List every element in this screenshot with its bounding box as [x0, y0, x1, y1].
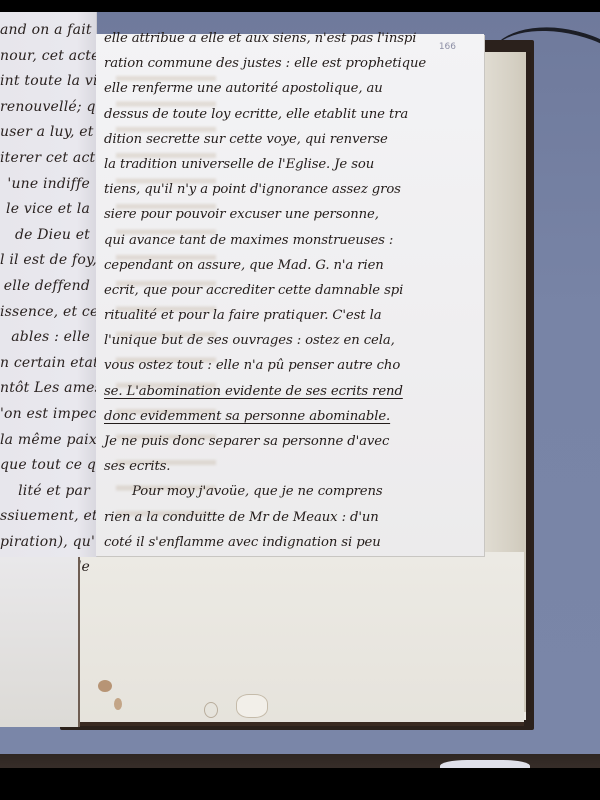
manuscript-line: Je ne puis donc separer sa personne d'av…	[104, 429, 484, 454]
manuscript-line: l'unique but de ses ouvrages : ostez en …	[104, 328, 484, 353]
manuscript-line: que tout ce qu'	[0, 453, 96, 479]
left-lower-page	[0, 557, 80, 727]
manuscript-line: ritualité et pour la faire pratiquer. C'…	[104, 303, 484, 328]
manuscript-line: tiens, qu'il n'y a point d'ignorance ass…	[104, 177, 484, 202]
manuscript-line: ses ecrits.	[104, 454, 484, 479]
manuscript-line: elle attribue a elle et aux siens, n'est…	[104, 26, 484, 51]
manuscript-line: rien a la conduitte de Mr de Meaux : d'u…	[104, 505, 484, 530]
paper-loss-mark	[236, 694, 268, 718]
left-page: and on a faitnour, cet acteint toute la …	[0, 12, 97, 557]
manuscript-line: 'on est impecca	[0, 402, 96, 428]
manuscript-line: nour, cet acte	[0, 44, 96, 70]
manuscript-line: de Dieu et	[0, 223, 96, 249]
manuscript-line: n certain etat	[0, 351, 96, 377]
right-page-text: elle attribue a elle et aux siens, n'est…	[104, 26, 484, 555]
manuscript-line: la même paix	[0, 428, 96, 454]
cloth	[440, 760, 530, 768]
photo-scene: and on a faitnour, cet acteint toute la …	[0, 12, 600, 768]
manuscript-line: dition secrette sur cette voye, qui renv…	[104, 127, 484, 152]
manuscript-line: siere pour pouvoir excuser une personne,	[104, 202, 484, 227]
manuscript-line: ecrit, que pour accrediter cette damnabl…	[104, 278, 484, 303]
manuscript-line: user a luy, et	[0, 120, 96, 146]
manuscript-line: ntôt Les ames,	[0, 376, 96, 402]
lower-page	[74, 552, 524, 726]
stain-mark	[98, 680, 112, 692]
manuscript-line: cependant on assure, que Mad. G. n'a rie…	[104, 253, 484, 278]
manuscript-line: donc evidemment sa personne abominable.	[104, 404, 484, 429]
manuscript-line: piration), qu'	[0, 530, 96, 556]
stain-mark	[114, 698, 122, 710]
manuscript-line: int toute la vie,	[0, 69, 96, 95]
paper-loss-mark	[204, 702, 218, 718]
manuscript-line: la tradition universelle de l'Eglise. Je…	[104, 152, 484, 177]
manuscript-line: elle renferme une autorité apostolique, …	[104, 76, 484, 101]
manuscript-line: iterer cet acte	[0, 146, 96, 172]
manuscript-line: dessus de toute loy ecritte, elle etabli…	[104, 102, 484, 127]
manuscript-line: renouvellé; qu'	[0, 95, 96, 121]
manuscript-line: 'une indiffe	[0, 172, 96, 198]
manuscript-line: elle deffend	[0, 274, 96, 300]
manuscript-line: ssiuement, et	[0, 504, 96, 530]
manuscript-line: and on a fait	[0, 18, 96, 44]
manuscript-line: vous ostez tout : elle n'a pû penser aut…	[104, 353, 484, 378]
manuscript-line: coté il s'enflamme avec indignation si p…	[104, 530, 484, 555]
left-page-text: and on a faitnour, cet acteint toute la …	[0, 18, 96, 581]
manuscript-line: issence, et celle	[0, 300, 96, 326]
manuscript-line: ables : elle	[0, 325, 96, 351]
manuscript-line: le vice et la	[0, 197, 96, 223]
manuscript-line: qui avance tant de maximes monstrueuses …	[104, 228, 484, 253]
manuscript-line: Pour moy j'avoüe, que je ne comprens	[104, 479, 484, 504]
manuscript-line: se. L'abomination evidente de ses ecrits…	[104, 379, 484, 404]
manuscript-line: l il est de foy,	[0, 248, 96, 274]
manuscript-line: lité et par	[0, 479, 96, 505]
manuscript-line: ration commune des justes : elle est pro…	[104, 51, 484, 76]
